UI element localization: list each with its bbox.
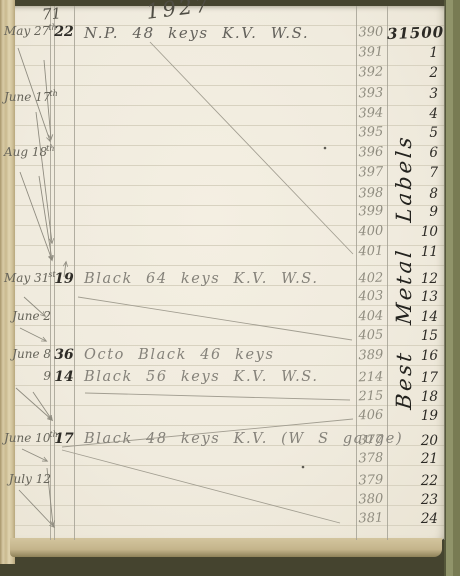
serial-number: 396 [356, 144, 387, 163]
entry-date: June 2 [4, 309, 51, 323]
serial-number: 379 [356, 472, 387, 491]
serial-number: 380 [356, 491, 387, 510]
serial-number: 399 [356, 203, 387, 222]
entry-date: June 17th [4, 90, 51, 104]
date-ordinal-suffix: th [49, 89, 57, 98]
serial-number: 378 [356, 450, 387, 469]
serial-number: 390 [356, 24, 387, 43]
entry-description: Black 64 keys K.V. W.S. [84, 271, 319, 287]
serial-number: 402 [356, 270, 387, 289]
serial-number: 393 [356, 85, 387, 104]
tally-number: 1 [388, 45, 444, 63]
entry-quantity: 17 [53, 431, 75, 447]
ledger-page-scan: 71 1927 May 27th 22 N.P. 48 keys K.V. W.… [0, 0, 460, 576]
entry-description: Black 56 keys K.V. W.S. [84, 369, 319, 385]
entry-date: July 12 [4, 472, 51, 486]
date-ordinal-suffix: th [46, 144, 54, 153]
entry-date: June 8 [4, 347, 51, 361]
serial-number: 214 [356, 369, 387, 388]
entry-quantity: 14 [53, 369, 75, 385]
entry-date: May 27th [4, 24, 51, 38]
entry-date: May 31st [4, 271, 51, 285]
serial-number: 397 [356, 164, 387, 183]
serial-number: 400 [356, 223, 387, 242]
tally-number: 22 [388, 473, 444, 491]
serial-number: 377 [356, 432, 387, 451]
entry-description: N.P. 48 keys K.V. W.S. [84, 24, 309, 42]
entry-quantity: 22 [53, 24, 75, 40]
page-number: 71 [41, 4, 61, 23]
entry-date: June 10th [4, 431, 51, 445]
serial-number: 381 [356, 510, 387, 529]
entry-quantity: 36 [53, 347, 75, 363]
entry-date: 9 [4, 369, 51, 383]
entry-description: Octo Black 46 keys [84, 347, 275, 363]
pencil-speck [302, 466, 305, 469]
serial-number: 395 [356, 124, 387, 143]
serial-number: 394 [356, 105, 387, 124]
serial-number: 403 [356, 288, 387, 307]
serial-number: 398 [356, 185, 387, 204]
serial-number: 405 [356, 327, 387, 346]
entry-quantity: 19 [53, 271, 75, 287]
serial-number: 215 [356, 388, 387, 407]
serial-number: 389 [356, 347, 387, 366]
tally-number: 31500 [387, 23, 446, 43]
tally-number: 23 [388, 492, 444, 510]
serial-number: 404 [356, 308, 387, 327]
tally-number: 24 [388, 511, 444, 529]
serial-number: 406 [356, 407, 387, 426]
entry-date: Aug 18th [4, 145, 51, 159]
serial-number: 392 [356, 64, 387, 83]
serial-number: 401 [356, 243, 387, 262]
serial-number: 391 [356, 44, 387, 63]
vertical-note: Best Metal Labels [392, 76, 420, 469]
